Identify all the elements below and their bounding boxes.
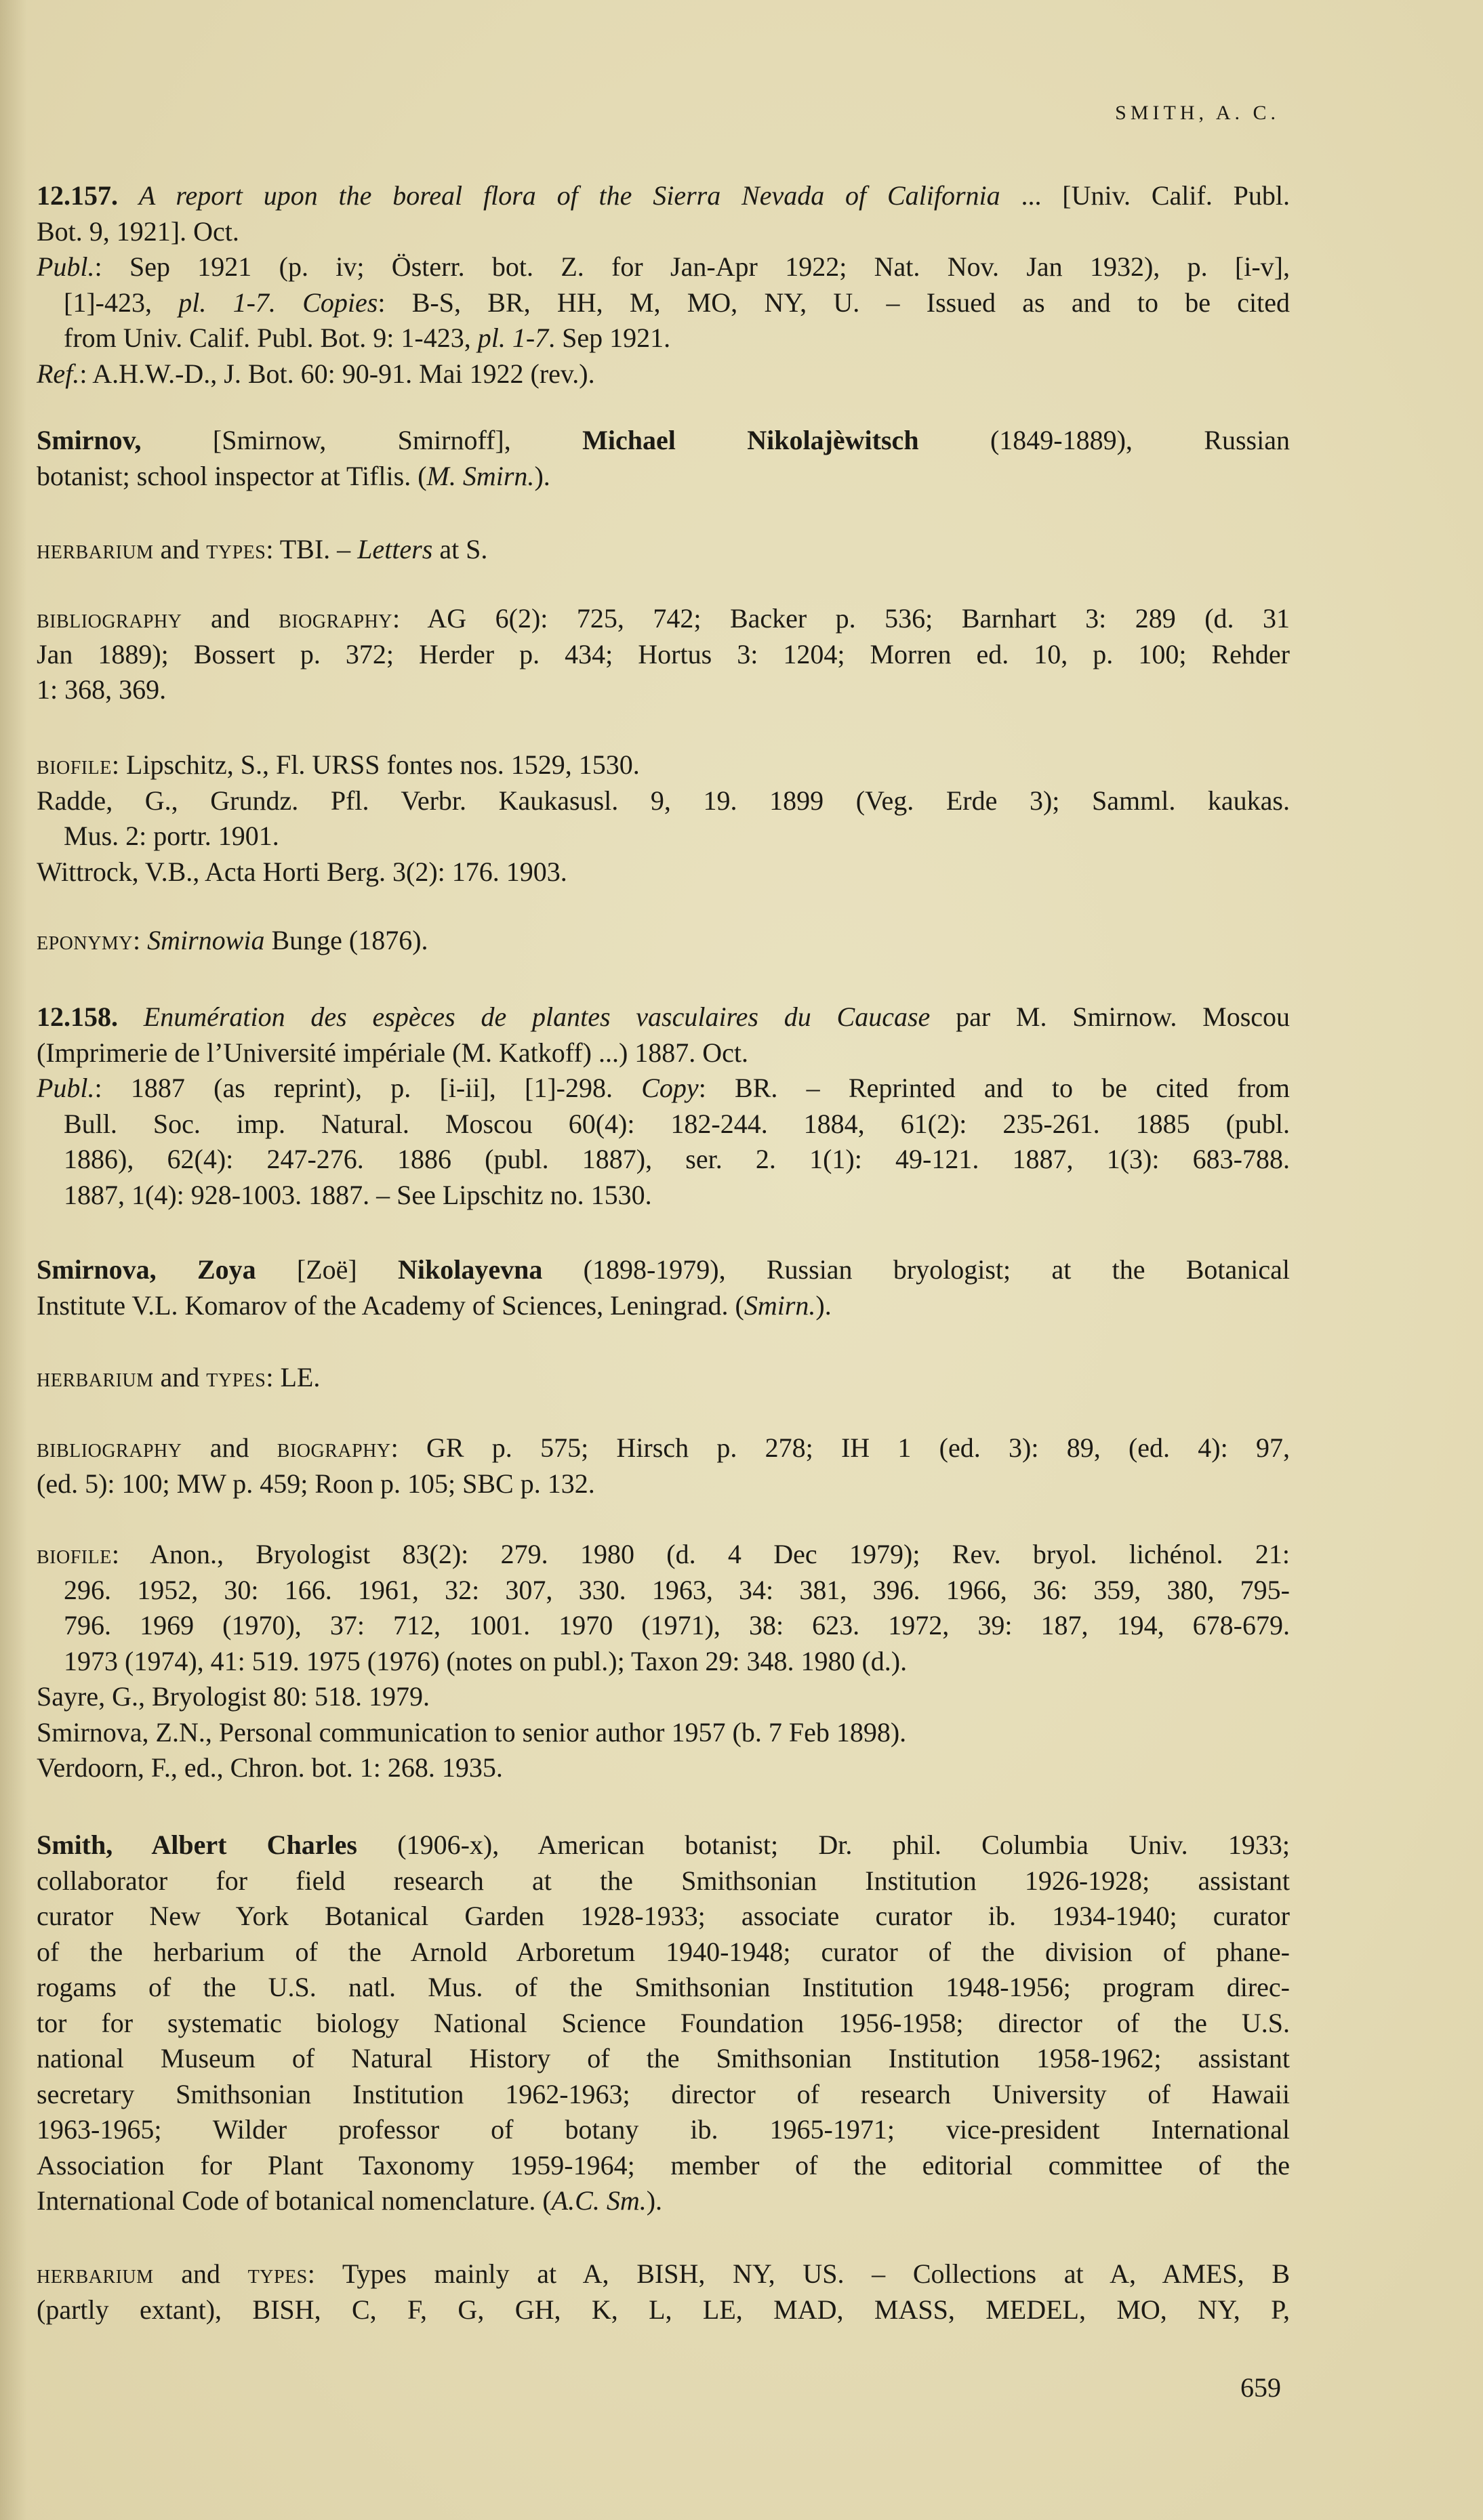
text: (1898-1979), Russian bryologist; at the … (542, 1254, 1290, 1285)
text: Bunge (1876). (264, 925, 428, 955)
text: 1973 (1974), 41: 519. 1975 (1976) (notes… (64, 1646, 907, 1676)
entry-12-158: 12.158. Enumération des espèces de plant… (37, 999, 1290, 1213)
text: 1: 368, 369. (37, 674, 166, 705)
entry-smirnova-heading: Smirnova, Zoya [Zoë] Nikolayevna (1898-1… (37, 1252, 1290, 1323)
text-line: of the herbarium of the Arnold Arboretum… (37, 1935, 1290, 1970)
text: : Types mainly at A, BISH, NY, US. – Col… (308, 2258, 1290, 2289)
bold-text: Smirnova, Zoya (37, 1254, 256, 1285)
text-line: botanist; school inspector at Tiflis. (M… (37, 459, 1290, 495)
text-line: curator New York Botanical Garden 1928-1… (37, 1899, 1290, 1935)
text: International Code of botanical nomencla… (37, 2185, 552, 2216)
text-line: Publ.: 1887 (as reprint), p. [i-ii], [1]… (37, 1071, 1290, 1107)
text-line: BIBLIOGRAPHY and BIOGRAPHY: AG 6(2): 725… (37, 601, 1290, 637)
text-line: HERBARIUM and TYPES: Types mainly at A, … (37, 2256, 1290, 2292)
bold-text: 12.157. (37, 180, 139, 211)
small-caps-label: BIBLIOGRAPHY (37, 603, 182, 634)
text: : Lipschitz, S., Fl. URSS fontes nos. 15… (112, 749, 640, 780)
text-line: 296. 1952, 30: 166. 1961, 32: 307, 330. … (37, 1573, 1290, 1609)
smirnova-bibliography: BIBLIOGRAPHY and BIOGRAPHY: GR p. 575; H… (37, 1430, 1290, 1502)
text: 296. 1952, 30: 166. 1961, 32: 307, 330. … (64, 1575, 1290, 1605)
text: : Sep 1921 (p. iv; Österr. bot. Z. for J… (95, 251, 1290, 282)
text: from Univ. Calif. Publ. Bot. 9: 1-423, (64, 323, 478, 353)
smirnov-eponymy: EPONYMY: Smirnowia Bunge (1876). (37, 923, 1290, 959)
smirnova-herbarium-types: HERBARIUM and TYPES: LE. (37, 1360, 1290, 1396)
text: (1906-x), American botanist; Dr. phil. C… (357, 1830, 1290, 1860)
bold-text: Smith, Albert Charles (37, 1830, 357, 1860)
text-line: 12.157. A report upon the boreal flora o… (37, 178, 1290, 214)
text: Sayre, G., Bryologist 80: 518. 1979. (37, 1681, 430, 1712)
text: : TBI. – (266, 534, 357, 564)
text: and (182, 603, 279, 634)
entry-smith-heading: Smith, Albert Charles (1906-x), American… (37, 1827, 1290, 2219)
text-line: (partly extant), BISH, C, F, G, GH, K, L… (37, 2292, 1290, 2328)
text: and (154, 534, 207, 564)
bold-text: 12.158. (37, 1001, 144, 1032)
text-line: Bull. Soc. imp. Natural. Moscou 60(4): 1… (37, 1107, 1290, 1142)
italic-text: Smirnowia (147, 925, 264, 955)
small-caps-label: BIOFILE (37, 749, 112, 780)
text-line: Wittrock, V.B., Acta Horti Berg. 3(2): 1… (37, 854, 1290, 890)
small-caps-label: TYPES (206, 534, 266, 564)
text: national Museum of Natural History of th… (37, 2043, 1290, 2073)
text: and (154, 1362, 207, 1392)
page-gutter-shadow (0, 0, 27, 2520)
text-line: 12.158. Enumération des espèces de plant… (37, 999, 1290, 1035)
text-line: 1963-1965; Wilder professor of botany ib… (37, 2112, 1290, 2148)
text: Verdoorn, F., ed., Chron. bot. 1: 268. 1… (37, 1752, 503, 1783)
small-caps-label: HERBARIUM (37, 2258, 154, 2289)
text: : LE. (266, 1362, 320, 1392)
italic-text: Copy (641, 1073, 698, 1103)
text: 1887, 1(4): 928-1003. 1887. – See Lipsch… (64, 1180, 652, 1210)
text-line: Ref.: A.H.W.-D., J. Bot. 60: 90-91. Mai … (37, 356, 1290, 392)
text: : AG 6(2): 725, 742; Backer p. 536; Barn… (392, 603, 1290, 634)
italic-text: Smirn. (744, 1290, 816, 1321)
text-line: Institute V.L. Komarov of the Academy of… (37, 1288, 1290, 1324)
text: 796. 1969 (1970), 37: 712, 1001. 1970 (1… (64, 1610, 1290, 1640)
text: : 1887 (as reprint), p. [i-ii], [1]-298. (95, 1073, 642, 1103)
text-line: rogams of the U.S. natl. Mus. of the Smi… (37, 1970, 1290, 2006)
small-caps-label: EPONYMY (37, 925, 133, 955)
text: and (154, 2258, 248, 2289)
italic-text: Publ. (37, 1073, 95, 1103)
text-line: EPONYMY: Smirnowia Bunge (1876). (37, 923, 1290, 959)
text-line: (Imprimerie de l’Université impériale (M… (37, 1035, 1290, 1071)
text: of the herbarium of the Arnold Arboretum… (37, 1937, 1290, 1967)
italic-text: Enumération des espèces de plantes vascu… (144, 1001, 931, 1032)
text: Wittrock, V.B., Acta Horti Berg. 3(2): 1… (37, 856, 567, 887)
entry-smirnov-heading: Smirnov, [Smirnow, Smirnoff], Michael Ni… (37, 423, 1290, 494)
text: secretary Smithsonian Institution 1962-1… (37, 2079, 1290, 2109)
text: (Imprimerie de l’Université impériale (M… (37, 1037, 748, 1068)
entry-12-157: 12.157. A report upon the boreal flora o… (37, 178, 1290, 392)
text-line: Publ.: Sep 1921 (p. iv; Österr. bot. Z. … (37, 249, 1290, 285)
text: rogams of the U.S. natl. Mus. of the Smi… (37, 1972, 1290, 2002)
italic-text: pl. 1-7. Copies (178, 287, 378, 318)
text: : BR. – Reprinted and to be cited from (699, 1073, 1290, 1103)
small-caps-label: BIOFILE (37, 1539, 112, 1569)
text: : Anon., Bryologist 83(2): 279. 1980 (d.… (112, 1539, 1290, 1569)
italic-text: A.C. Sm. (552, 2185, 647, 2216)
text: Smirnova, Z.N., Personal communication t… (37, 1717, 906, 1748)
text: (1849-1889), Russian (919, 425, 1290, 455)
text-line: [1]-423, pl. 1-7. Copies: B-S, BR, HH, M… (37, 285, 1290, 321)
text: Association for Plant Taxonomy 1959-1964… (37, 2150, 1290, 2181)
small-caps-label: TYPES (206, 1362, 266, 1392)
text-line: 796. 1969 (1970), 37: 712, 1001. 1970 (1… (37, 1608, 1290, 1644)
smirnov-herbarium-types: HERBARIUM and TYPES: TBI. – Letters at S… (37, 532, 1290, 568)
small-caps-label: HERBARIUM (37, 1362, 154, 1392)
bold-text: Nikolayevna (398, 1254, 542, 1285)
text: ). (647, 2185, 662, 2216)
smirnova-biofile: BIOFILE: Anon., Bryologist 83(2): 279. 1… (37, 1537, 1290, 1786)
text: 1886), 62(4): 247-276. 1886 (publ. 1887)… (64, 1144, 1290, 1174)
text-line: BIOFILE: Anon., Bryologist 83(2): 279. 1… (37, 1537, 1290, 1573)
text: [1]-423, (64, 287, 178, 318)
text-line: Verdoorn, F., ed., Chron. bot. 1: 268. 1… (37, 1750, 1290, 1786)
italic-text: M. Smirn. (427, 461, 535, 491)
text-line: collaborator for field research at the S… (37, 1863, 1290, 1899)
text-line: HERBARIUM and TYPES: TBI. – Letters at S… (37, 532, 1290, 568)
small-caps-label: TYPES (248, 2258, 308, 2289)
text-line: Smith, Albert Charles (1906-x), American… (37, 1827, 1290, 1863)
text-line: Smirnov, [Smirnow, Smirnoff], Michael Ni… (37, 423, 1290, 459)
text-line: Association for Plant Taxonomy 1959-1964… (37, 2148, 1290, 2184)
text: botanist; school inspector at Tiflis. ( (37, 461, 427, 491)
text-line: Radde, G., Grundz. Pfl. Verbr. Kaukasusl… (37, 783, 1290, 819)
text-line: Bot. 9, 1921]. Oct. (37, 214, 1290, 250)
text-line: from Univ. Calif. Publ. Bot. 9: 1-423, p… (37, 321, 1290, 356)
text: : (133, 925, 147, 955)
text: and (182, 1432, 277, 1463)
text: Radde, G., Grundz. Pfl. Verbr. Kaukasusl… (37, 785, 1290, 816)
text-line: (ed. 5): 100; MW p. 459; Roon p. 105; SB… (37, 1466, 1290, 1502)
text: Jan 1889); Bossert p. 372; Herder p. 434… (37, 639, 1290, 669)
italic-text: Letters (357, 534, 432, 564)
text: (partly extant), BISH, C, F, G, GH, K, L… (37, 2294, 1290, 2325)
text: 1963-1965; Wilder professor of botany ib… (37, 2114, 1290, 2145)
text: : B-S, BR, HH, M, MO, NY, U. – Issued as… (378, 287, 1290, 318)
running-head: SMITH, A. C. (1115, 102, 1280, 125)
text: curator New York Botanical Garden 1928-1… (37, 1901, 1290, 1931)
italic-text: Ref. (37, 358, 79, 389)
text: ). (534, 461, 550, 491)
text: par M. Smirnow. Moscou (930, 1001, 1290, 1032)
text-line: Mus. 2: portr. 1901. (37, 819, 1290, 854)
text: ). (815, 1290, 831, 1321)
italic-text: A report upon the boreal flora of the Si… (139, 180, 1000, 211)
text-line: Smirnova, Z.N., Personal communication t… (37, 1715, 1290, 1751)
text-line: secretary Smithsonian Institution 1962-1… (37, 2077, 1290, 2113)
text-line: 1886), 62(4): 247-276. 1886 (publ. 1887)… (37, 1142, 1290, 1178)
text: : A.H.W.-D., J. Bot. 60: 90-91. Mai 1922… (79, 358, 594, 389)
text: tor for systematic biology National Scie… (37, 2008, 1290, 2038)
text: [Zoë] (256, 1254, 398, 1285)
text: at S. (432, 534, 487, 564)
text-line: 1973 (1974), 41: 519. 1975 (1976) (notes… (37, 1644, 1290, 1680)
text: Mus. 2: portr. 1901. (64, 821, 279, 851)
small-caps-label: BIOGRAPHY (279, 603, 392, 634)
small-caps-label: HERBARIUM (37, 534, 154, 564)
text: [Smirnow, Smirnoff], (141, 425, 582, 455)
text: Bot. 9, 1921]. Oct. (37, 216, 239, 247)
text-line: HERBARIUM and TYPES: LE. (37, 1360, 1290, 1396)
text: Institute V.L. Komarov of the Academy of… (37, 1290, 744, 1321)
text-line: Smirnova, Zoya [Zoë] Nikolayevna (1898-1… (37, 1252, 1290, 1288)
text: collaborator for field research at the S… (37, 1865, 1290, 1896)
text-line: 1: 368, 369. (37, 672, 1290, 708)
text: (ed. 5): 100; MW p. 459; Roon p. 105; SB… (37, 1468, 595, 1499)
italic-text: Publ. (37, 251, 95, 282)
text-line: Jan 1889); Bossert p. 372; Herder p. 434… (37, 637, 1290, 673)
page-number: 659 (1240, 2372, 1281, 2403)
smirnov-biofile: BIOFILE: Lipschitz, S., Fl. URSS fontes … (37, 747, 1290, 890)
text-line: International Code of botanical nomencla… (37, 2183, 1290, 2219)
text: : GR p. 575; Hirsch p. 278; IH 1 (ed. 3)… (391, 1432, 1290, 1463)
text-line: BIBLIOGRAPHY and BIOGRAPHY: GR p. 575; H… (37, 1430, 1290, 1466)
small-caps-label: BIBLIOGRAPHY (37, 1432, 182, 1463)
smirnov-bibliography: BIBLIOGRAPHY and BIOGRAPHY: AG 6(2): 725… (37, 601, 1290, 708)
text: ... [Univ. Calif. Publ. (1000, 180, 1290, 211)
small-caps-label: BIOGRAPHY (277, 1432, 391, 1463)
text-line: tor for systematic biology National Scie… (37, 2006, 1290, 2042)
text-line: 1887, 1(4): 928-1003. 1887. – See Lipsch… (37, 1178, 1290, 1214)
text: Bull. Soc. imp. Natural. Moscou 60(4): 1… (64, 1109, 1290, 1139)
text-line: Sayre, G., Bryologist 80: 518. 1979. (37, 1679, 1290, 1715)
bold-text: Michael Nikolajèwitsch (582, 425, 918, 455)
text-line: BIOFILE: Lipschitz, S., Fl. URSS fontes … (37, 747, 1290, 783)
smith-herbarium-types: HERBARIUM and TYPES: Types mainly at A, … (37, 2256, 1290, 2328)
bold-text: Smirnov, (37, 425, 141, 455)
italic-text: pl. 1-7 (478, 323, 548, 353)
text: . Sep 1921. (548, 323, 670, 353)
text-line: national Museum of Natural History of th… (37, 2041, 1290, 2077)
